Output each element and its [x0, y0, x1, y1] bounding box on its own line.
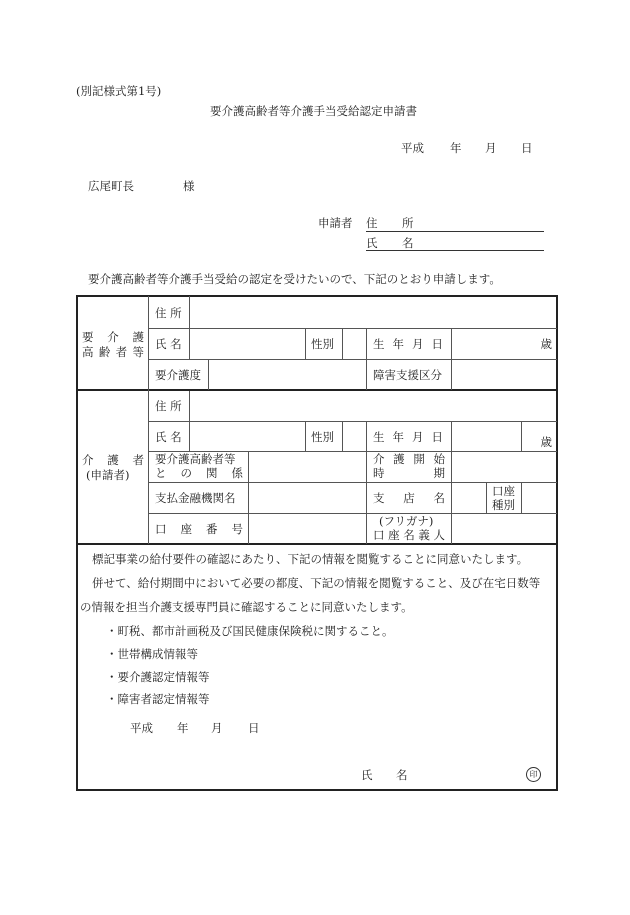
caregiver-birthdate-label: 生年月日	[373, 430, 443, 444]
care-level-input[interactable]	[209, 360, 365, 389]
branch-input[interactable]	[452, 483, 485, 512]
caregiver-sex-label: 性別	[311, 430, 334, 444]
consent-date[interactable]: 平成 年 月 日	[130, 721, 262, 735]
caregiver-name-input[interactable]	[190, 422, 304, 450]
consent-paragraph-2-line1: 併せて、給付期間中において必要の都度、下記の情報を閲覧すること、及び在宅日数等	[92, 576, 540, 590]
form-number: (別記様式第1号)	[76, 84, 161, 98]
name-label-1: 氏	[366, 236, 378, 250]
caregiver-age-input[interactable]: 歳	[522, 422, 556, 450]
addressee: 広尾町長	[88, 179, 134, 193]
date-era: 平成	[401, 141, 424, 155]
seal-icon: 印	[526, 767, 541, 782]
elderly-address-label: 住 所	[155, 306, 182, 320]
signature-label-2: 名	[396, 768, 408, 782]
address-label-2: 所	[402, 216, 414, 230]
elderly-address-input[interactable]	[190, 297, 556, 327]
grid-line	[486, 482, 487, 513]
caregiver-birthdate-input[interactable]	[452, 422, 520, 450]
account-holder-label: 口座名義人	[373, 528, 445, 542]
disability-support-input[interactable]	[452, 360, 556, 389]
date-year: 年	[177, 721, 189, 735]
care-start-label-line2: 時期	[373, 466, 445, 480]
name-underline	[366, 250, 544, 251]
consent-item: ・町税、都市計画税及び国民健康保険税に関すること。	[106, 624, 394, 638]
care-start-label-line1: 介護開始	[373, 452, 445, 466]
relation-label-line2: との関係	[155, 466, 243, 480]
grid-line	[366, 421, 367, 544]
submission-date[interactable]: 平成 年 月 日	[401, 141, 533, 155]
elderly-sex-label: 性別	[311, 337, 334, 351]
applicant-address-field[interactable]: 住 所	[366, 214, 544, 231]
grid-line	[305, 328, 306, 359]
name-label-2: 名	[402, 236, 414, 250]
consent-paragraph-2-line2: の情報を担当介護支援専門員に確認することに同意いたします。	[80, 600, 413, 614]
caregiver-heading-line1: 介護者	[82, 453, 144, 467]
date-month: 月	[211, 721, 223, 735]
elderly-name-label: 氏 名	[155, 337, 182, 351]
consent-item: ・要介護認定情報等	[106, 670, 210, 684]
furigana-label: (フリガナ)	[379, 514, 433, 528]
care-level-label: 要介護度	[155, 368, 201, 382]
applicant-name-field[interactable]: 氏 名	[366, 234, 544, 251]
address-underline	[366, 231, 544, 232]
consent-item: ・世帯構成情報等	[106, 647, 198, 661]
age-unit: 歳	[541, 337, 553, 351]
date-day: 日	[521, 141, 533, 155]
intro-text: 要介護高齢者等介護手当受給の認定を受けたいので、下記のとおり申請します。	[88, 272, 501, 286]
form-title: 要介護高齢者等介護手当受給認定申請書	[210, 104, 417, 118]
elderly-heading-line1: 要介護	[82, 330, 144, 344]
elderly-heading-line2: 高齢者等	[82, 345, 144, 359]
caregiver-address-input[interactable]	[190, 392, 556, 420]
branch-label: 支店名	[373, 491, 445, 505]
relation-input[interactable]	[249, 452, 365, 481]
consent-signature-field[interactable]: 氏 名 印	[361, 768, 541, 784]
bank-name-input[interactable]	[249, 483, 365, 512]
care-start-input[interactable]	[452, 452, 556, 481]
addressee-suffix: 様	[183, 179, 195, 193]
account-holder-input[interactable]	[452, 514, 556, 543]
bank-name-label: 支払金融機関名	[155, 491, 236, 505]
caregiver-address-label: 住 所	[155, 399, 182, 413]
consent-item: ・障害者認定情報等	[106, 692, 210, 706]
account-type-input[interactable]	[522, 483, 556, 512]
address-label-1: 住	[366, 216, 378, 230]
consent-paragraph-1: 標記事業の給付要件の確認にあたり、下記の情報を閲覧することに同意いたします。	[92, 552, 528, 566]
elderly-sex-input[interactable]	[343, 329, 365, 358]
elderly-birthdate-label: 生年月日	[373, 337, 443, 351]
date-year: 年	[450, 141, 462, 155]
elderly-name-input[interactable]	[190, 329, 304, 358]
caregiver-name-label: 氏 名	[155, 430, 182, 444]
date-day: 日	[248, 721, 260, 735]
caregiver-sex-input[interactable]	[343, 422, 365, 450]
account-number-label: 口座番号	[155, 522, 243, 536]
date-month: 月	[485, 141, 497, 155]
grid-line	[366, 328, 367, 390]
elderly-birthdate-input[interactable]: 歳	[452, 329, 556, 358]
caregiver-heading-line2: (申請者)	[86, 468, 129, 482]
age-unit: 歳	[541, 435, 553, 449]
account-number-input[interactable]	[249, 514, 365, 543]
account-type-label-line1: 口座	[492, 484, 515, 498]
disability-support-label: 障害支援区分	[373, 368, 442, 382]
grid-line	[305, 421, 306, 451]
account-type-label-line2: 種別	[492, 498, 515, 512]
signature-label-1: 氏	[361, 768, 373, 782]
date-era: 平成	[130, 721, 153, 735]
relation-label-line1: 要介護高齢者等	[155, 452, 236, 466]
applicant-label: 申請者	[318, 216, 353, 230]
grid-line	[148, 296, 149, 544]
